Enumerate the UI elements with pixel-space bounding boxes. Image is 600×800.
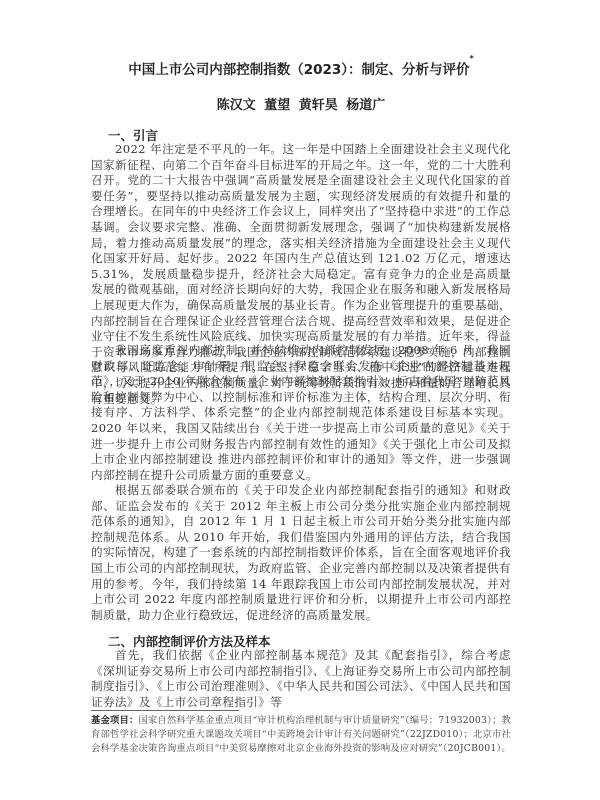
footnote-text: 国家自然科学基金重点项目“审计机构治理机制与审计质量研究”（编号：7193200… — [91, 715, 511, 754]
title-text: 中国上市公司内部控制指数（2023）：制定、分析与评价 — [128, 62, 469, 78]
author-list: 陈汉文 董望 黄轩昊 杨道广 — [91, 94, 511, 113]
title-footnote-mark: * — [470, 54, 474, 63]
paper-title: 中国上市公司内部控制指数（2023）：制定、分析与评价* — [91, 58, 511, 78]
paragraph-intro-3: 根据五部委联合颁布的《关于印发企业内部控制配套指引的通知》和财政部、证监会发布的… — [91, 483, 511, 623]
paragraph-intro-2: 我国高度重视内部控制，并持续推动内部控制发展。2008 年 6 月，我国财政部、… — [91, 343, 511, 483]
funding-footnote: 基金项目：国家自然科学基金重点项目“审计机构治理机制与审计质量研究”（编号：71… — [91, 714, 511, 756]
footnote-divider — [91, 710, 239, 711]
footnote-label: 基金项目： — [91, 715, 139, 726]
paragraph-methods-1: 首先，我们依据《企业内部控制基本规范》及其《配套指引》，综合考虑《深圳证券交易所… — [91, 648, 511, 710]
